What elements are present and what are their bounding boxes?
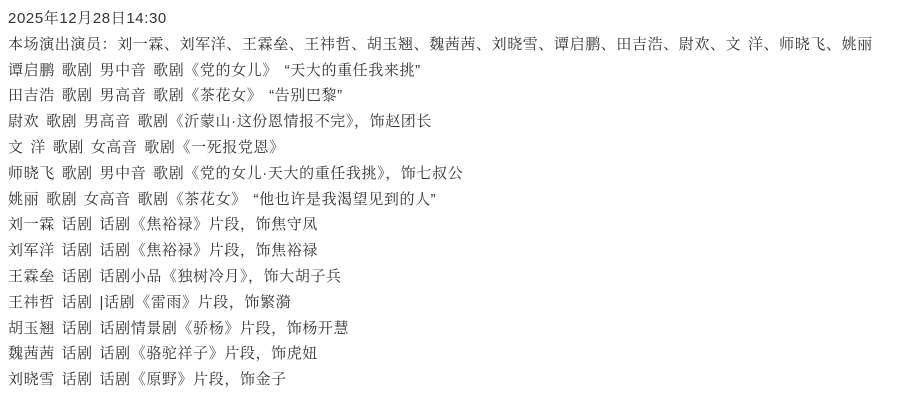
performance-line: 王霖垒 话剧 话剧小品《独树冷月》，饰大胡子兵 xyxy=(8,264,907,290)
performance-line: 刘晓雪 话剧 话剧《原野》片段，饰金子 xyxy=(8,367,907,393)
performance-line: 尉欢 歌剧 男高音 歌剧《沂蒙山·这份恩情报不完》，饰赵团长 xyxy=(8,109,907,135)
performance-line: 刘军洋 话剧 话剧《焦裕禄》片段，饰焦裕禄 xyxy=(8,238,907,264)
datetime-line: 2025年12月28日14:30 xyxy=(8,6,907,32)
performance-line: 田吉浩 歌剧 男高音 歌剧《茶花女》 “告别巴黎” xyxy=(8,83,907,109)
performance-line: 王祎哲 话剧 |话剧《雷雨》片段，饰繁漪 xyxy=(8,290,907,316)
performance-line: 魏茜茜 话剧 话剧《骆驼祥子》片段，饰虎妞 xyxy=(8,341,907,367)
performance-program-document: 2025年12月28日14:30 本场演出演员：刘一霖、刘军洋、王霖垒、王祎哲、… xyxy=(0,0,917,393)
performance-line: 谭启鹏 歌剧 男中音 歌剧《党的女儿》 “天大的重任我来挑” xyxy=(8,58,907,84)
performance-line: 姚丽 歌剧 女高音 歌剧《茶花女》 “他也许是我渴望见到的人” xyxy=(8,187,907,213)
performance-line: 胡玉翘 话剧 话剧情景剧《骄杨》片段，饰杨开慧 xyxy=(8,316,907,342)
cast-summary-line: 本场演出演员：刘一霖、刘军洋、王霖垒、王祎哲、胡玉翘、魏茜茜、刘晓雪、谭启鹏、田… xyxy=(8,32,907,58)
performance-line: 师晓飞 歌剧 男中音 歌剧《党的女儿·天大的重任我挑》，饰七叔公 xyxy=(8,161,907,187)
performance-line: 文 洋 歌剧 女高音 歌剧《一死报党恩》 xyxy=(8,135,907,161)
performance-line: 刘一霖 话剧 话剧《焦裕禄》片段，饰焦守凤 xyxy=(8,212,907,238)
